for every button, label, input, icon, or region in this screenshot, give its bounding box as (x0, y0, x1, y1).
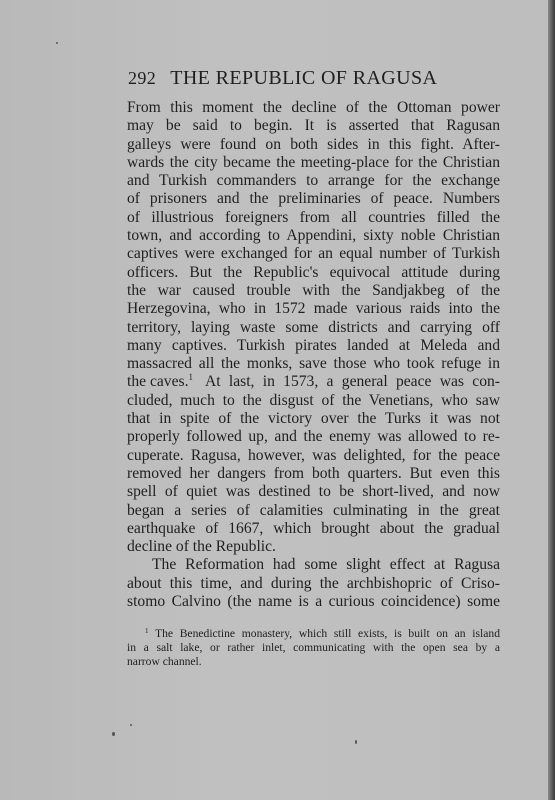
paper-speck (355, 740, 357, 744)
text-line: many captives. Turkish pirates landed at… (127, 337, 500, 355)
footnote-line: 1 The Benedictine monastery, which still… (127, 627, 500, 641)
text-line: spell of quiet was destined to be short-… (127, 483, 500, 501)
text-line: town, and according to Appendini, sixty … (127, 227, 500, 245)
text-line: cuperate. Ragusa, however, was delighted… (127, 447, 500, 465)
text-line: properly followed up, and the enemy was … (127, 428, 500, 446)
text-line: the war caused trouble with the Sandjakb… (127, 282, 500, 300)
book-page: 292THE REPUBLIC OF RAGUSA From this mome… (0, 0, 548, 800)
text-line: about this time, and during the archbish… (127, 575, 500, 593)
text-line: massacred all the monks, save those who … (127, 355, 500, 373)
text-line: removed her dangers from both quarters. … (127, 465, 500, 483)
text-line: wards the city became the meeting-place … (127, 154, 500, 172)
text-line: of illustrious foreigners from all count… (127, 209, 500, 227)
text-line: may be said to begin. It is asserted tha… (127, 117, 500, 135)
text-line: Herzegovina, who in 1572 made various ra… (127, 300, 500, 318)
text-segment: At last, in 1573, a general peace was co… (205, 373, 500, 391)
page-number: 292 (128, 68, 156, 88)
text-line: began a series of calamities culminating… (127, 502, 500, 520)
body-text: From this moment the decline of the Otto… (127, 99, 500, 611)
text-line: that in spite of the victory over the Tu… (127, 410, 500, 428)
text-line: galleys were found on both sides in this… (127, 136, 500, 154)
text-line: cluded, much to the disgust of the Venet… (127, 392, 500, 410)
paper-speck (112, 732, 115, 736)
footnotes: 1 The Benedictine monastery, which still… (127, 627, 500, 670)
footnote-line: narrow channel. (127, 655, 500, 669)
text-line: From this moment the decline of the Otto… (127, 99, 500, 117)
footnote-marker: 1 (145, 627, 149, 635)
footnote-line: in a salt lake, or rather inlet, communi… (127, 641, 500, 655)
paper-speck (130, 724, 132, 726)
page-edge-shadow (548, 0, 555, 800)
text-line: stomo Calvino (the name is a curious coi… (127, 593, 500, 611)
text-line: territory, laying waste some districts a… (127, 319, 500, 337)
footnote-reference[interactable]: 1 (188, 372, 193, 382)
text-line: earthquake of 1667, which brought about … (127, 520, 500, 538)
text-line: of prisoners and the preliminaries of pe… (127, 190, 500, 208)
paper-speck (56, 42, 58, 44)
text-line: the caves.1 At last, in 1573, a general … (127, 373, 500, 391)
running-header: 292THE REPUBLIC OF RAGUSA (128, 67, 500, 90)
text-line: officers. But the Republic's equivocal a… (127, 264, 500, 282)
text-line: and Turkish commanders to arrange for th… (127, 172, 500, 190)
text-line: captives were exchanged for an equal num… (127, 245, 500, 263)
running-title: THE REPUBLIC OF RAGUSA (170, 67, 437, 89)
text-segment: the caves.1 (127, 373, 193, 391)
text-line: decline of the Republic. (127, 538, 500, 556)
text-line: The Reformation had some slight effect a… (127, 556, 500, 574)
